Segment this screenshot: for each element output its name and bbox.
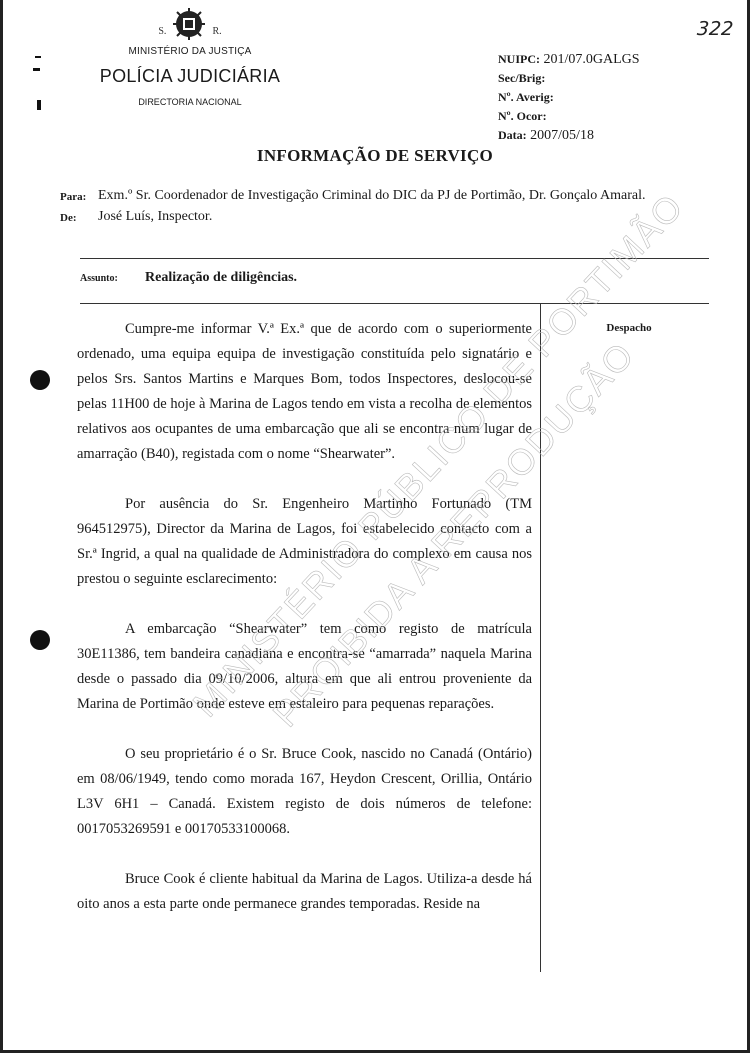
date-value: 2007/05/18 — [530, 128, 594, 143]
crest-right-letter: R. — [212, 26, 221, 37]
ministry-name: MINISTÉRIO DA JUSTIÇA — [90, 46, 290, 57]
agency-name: POLÍCIA JUDICIÁRIA — [90, 66, 290, 87]
de-value: José Luís, Inspector. — [98, 207, 700, 228]
crest-left-letter: S. — [158, 26, 166, 37]
de-row: De: José Luís, Inspector. — [60, 207, 700, 228]
margin-mark — [35, 56, 41, 58]
punch-hole-icon — [30, 370, 50, 390]
case-metadata: NUIPC: 201/07.0GALGS Sec/Brig: Nº. Averi… — [498, 50, 640, 145]
subject-row: Assunto: Realização de diligências. — [80, 270, 297, 286]
divider — [80, 303, 709, 304]
handwritten-page-number: 322 — [696, 18, 734, 40]
column-divider — [540, 304, 541, 972]
ocor-label: Nº. Ocor: — [498, 109, 547, 123]
averig-label: Nº. Averig: — [498, 90, 554, 104]
document-title: INFORMAÇÃO DE SERVIÇO — [0, 146, 750, 166]
coat-of-arms-icon — [172, 7, 206, 46]
crest-row: S. R. — [90, 8, 290, 44]
divider — [80, 258, 709, 259]
averig-row: Nº. Averig: — [498, 88, 640, 107]
para-value: Exm.º Sr. Coordenador de Investigação Cr… — [98, 186, 700, 207]
paragraph: A embarcação “Shearwater” tem como regis… — [77, 617, 532, 717]
letterhead: S. R. MINISTÉRIO DA JUSTIÇA POLÍCIA JUDI… — [90, 8, 290, 107]
paragraph: Por ausência do Sr. Engenheiro Martinho … — [77, 492, 532, 592]
sec-brig-row: Sec/Brig: — [498, 69, 640, 88]
nuipc-row: NUIPC: 201/07.0GALGS — [498, 50, 640, 69]
department-name: DIRECTORIA NACIONAL — [90, 97, 290, 107]
subject-value: Realização de diligências. — [145, 270, 297, 286]
de-label: De: — [60, 207, 98, 228]
margin-mark — [37, 100, 41, 110]
date-label: Data: — [498, 128, 527, 142]
sec-brig-label: Sec/Brig: — [498, 71, 545, 85]
punch-hole-icon — [30, 630, 50, 650]
despacho-heading: Despacho — [540, 322, 718, 334]
subject-label: Assunto: — [80, 273, 145, 284]
ocor-row: Nº. Ocor: — [498, 107, 640, 126]
nuipc-label: NUIPC: — [498, 52, 540, 66]
paragraph: O seu proprietário é o Sr. Bruce Cook, n… — [77, 742, 532, 842]
paragraph: Cumpre-me informar V.ª Ex.ª que de acord… — [77, 317, 532, 467]
para-row: Para: Exm.º Sr. Coordenador de Investiga… — [60, 186, 700, 207]
date-row: Data: 2007/05/18 — [498, 126, 640, 145]
para-label: Para: — [60, 186, 98, 207]
nuipc-value: 201/07.0GALGS — [544, 52, 640, 67]
body-text: Cumpre-me informar V.ª Ex.ª que de acord… — [77, 317, 532, 917]
margin-mark — [33, 68, 40, 71]
paragraph: Bruce Cook é cliente habitual da Marina … — [77, 867, 532, 917]
addressing-block: Para: Exm.º Sr. Coordenador de Investiga… — [60, 186, 700, 228]
